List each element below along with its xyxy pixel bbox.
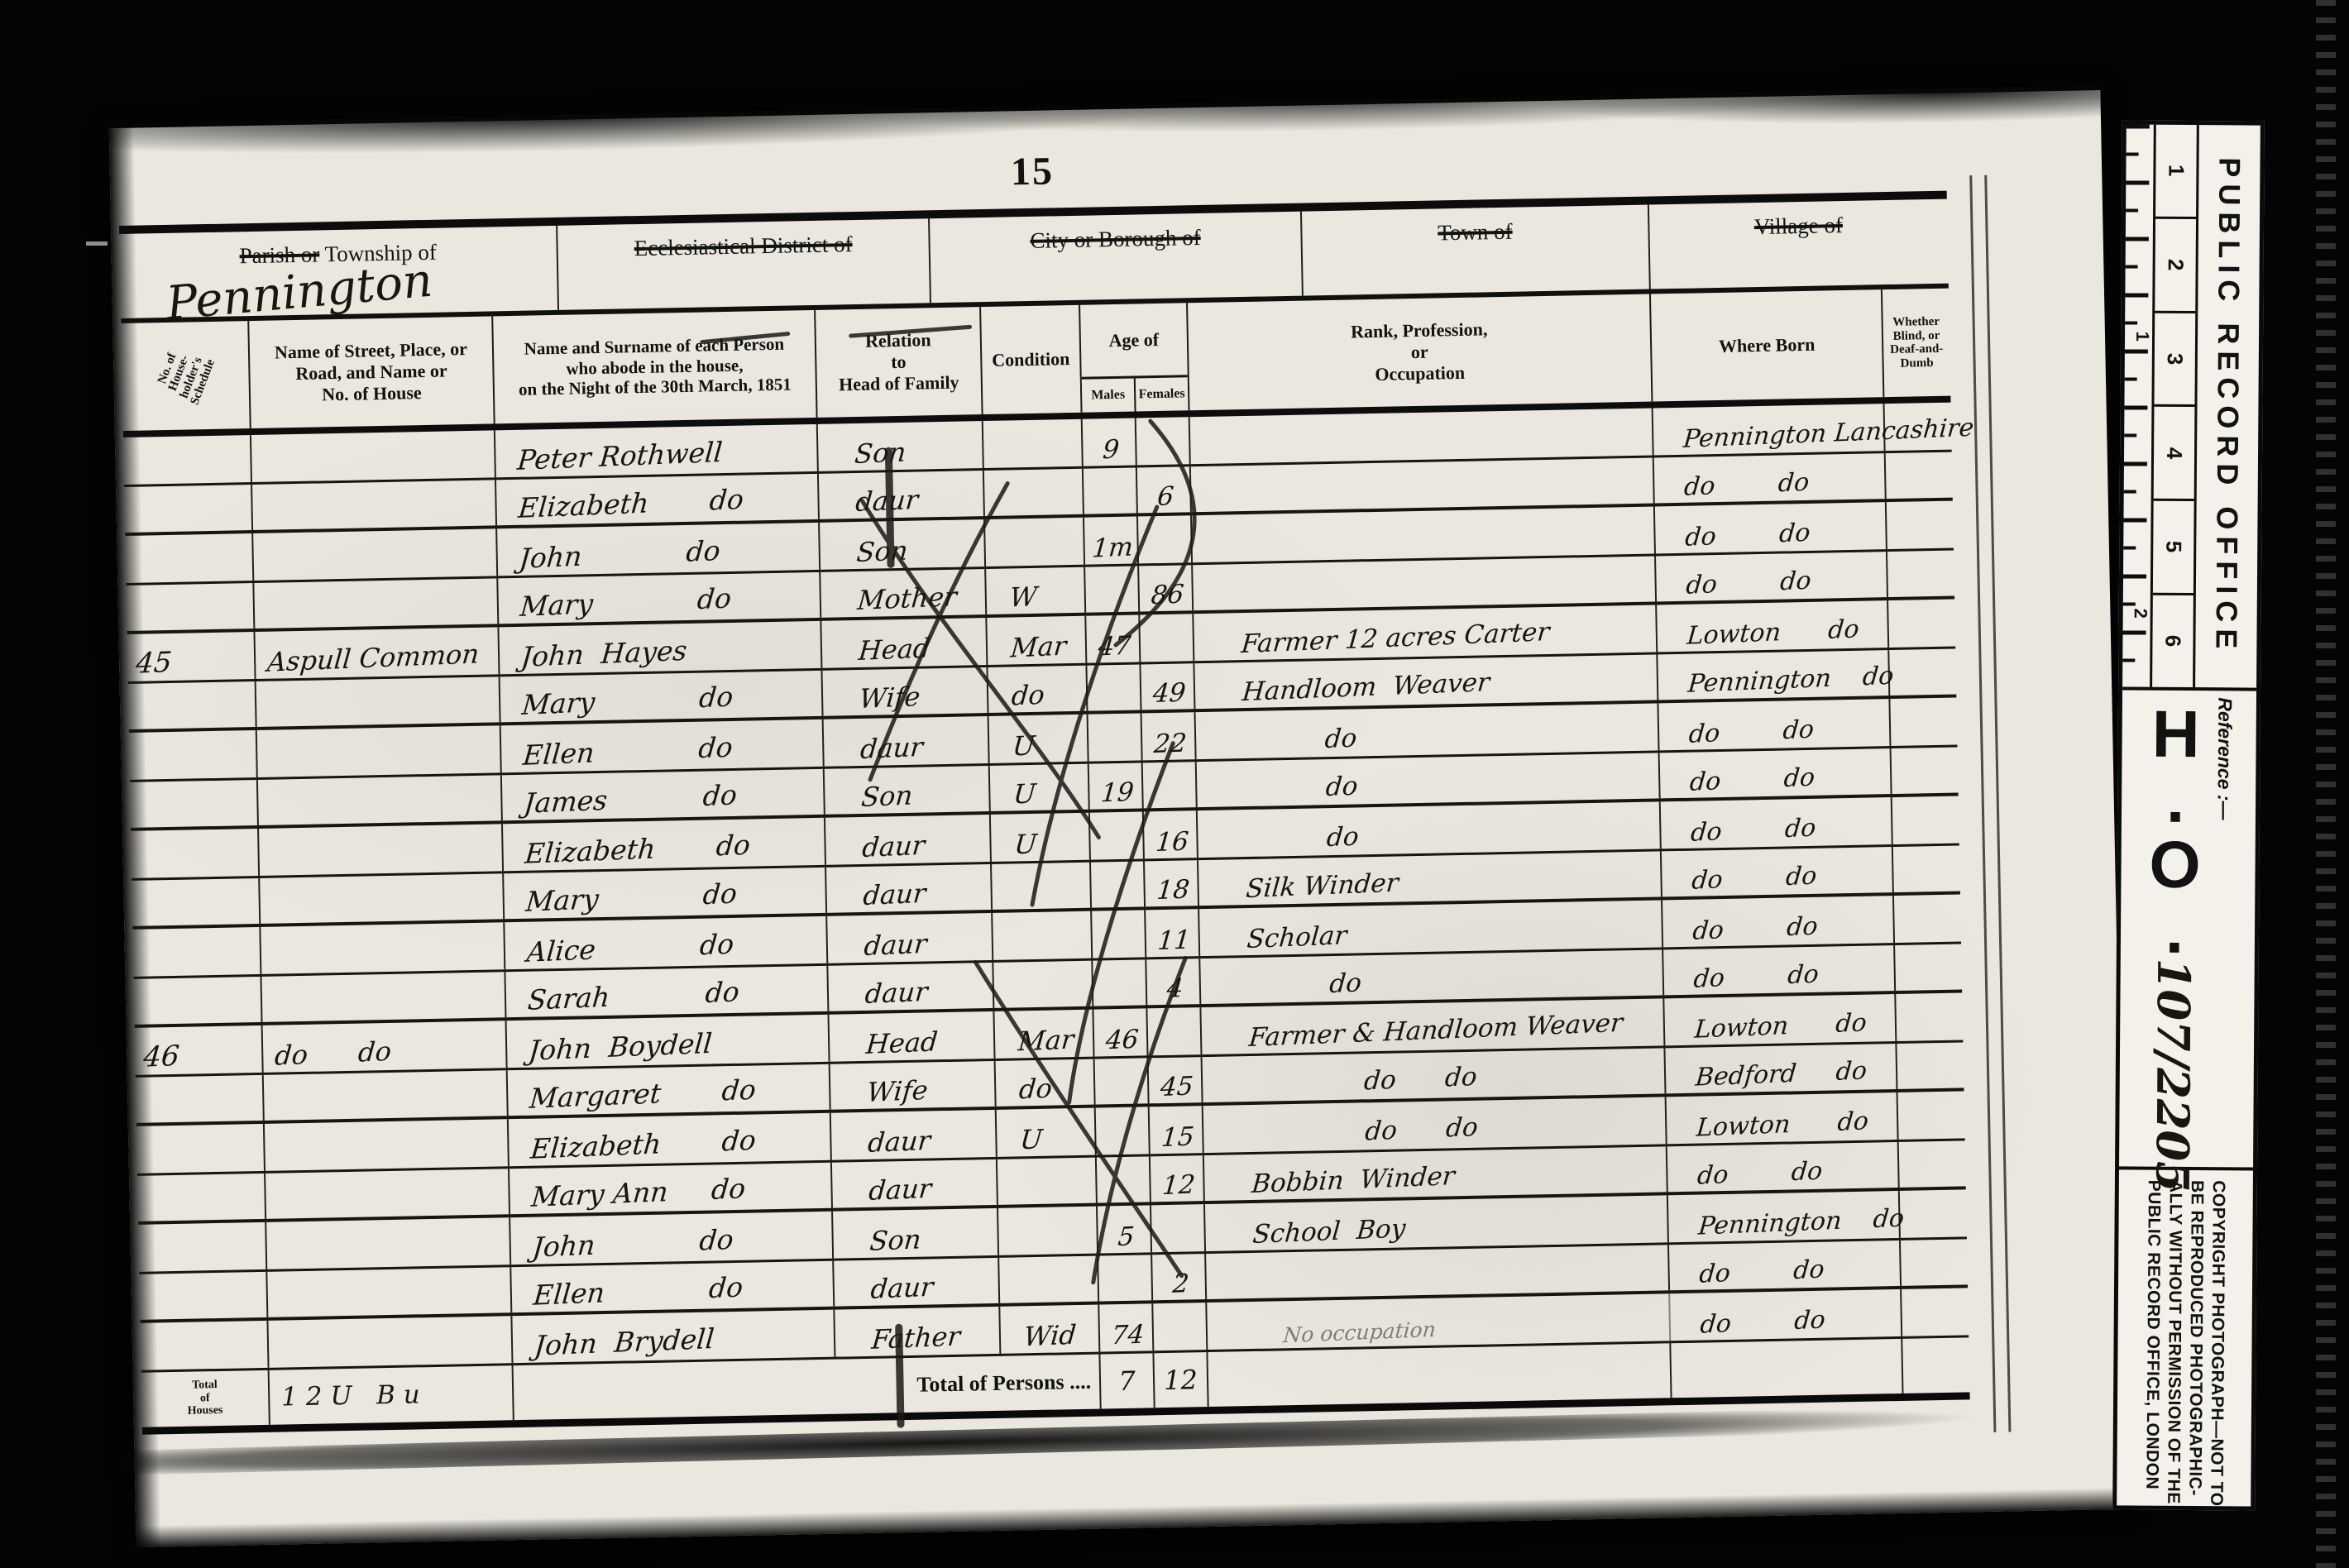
relation-to-head: Head xyxy=(821,618,988,667)
occupation: Bobbin Winder xyxy=(1204,1146,1668,1201)
occupation: do xyxy=(1200,949,1664,1004)
relation-to-head: daur xyxy=(824,716,990,766)
census-page: 15 Parish or Township of Pennington Eccl… xyxy=(109,90,2127,1547)
age-male xyxy=(1097,1156,1151,1203)
occupation: Farmer & Handloom Weaver xyxy=(1201,998,1665,1054)
col-header-females: Females xyxy=(1136,377,1189,411)
where-born: do do xyxy=(1661,797,1893,849)
where-born: do do xyxy=(1662,847,1894,897)
relation-to-head: daur xyxy=(834,1257,1000,1306)
relation-to-head: Mother xyxy=(820,569,987,618)
copyright-line: ALLY WITHOUT PERMISSION OF THE xyxy=(2162,1180,2186,1506)
age-subheaders: Males Females xyxy=(1082,377,1189,412)
age-female xyxy=(1143,762,1198,809)
age-female: 11 xyxy=(1146,909,1200,957)
schedule-number xyxy=(132,877,261,925)
schedule-number xyxy=(133,976,262,1024)
condition: Mar xyxy=(987,616,1087,665)
total-persons-label: Total of Persons .... xyxy=(514,1354,1102,1421)
person-name: Margaret do xyxy=(508,1064,831,1116)
condition xyxy=(993,911,1093,960)
village-field: Village of xyxy=(1649,199,1949,289)
relation-to-head: Wife xyxy=(822,667,988,715)
age-male xyxy=(1092,910,1146,958)
age-female: 22 xyxy=(1142,712,1197,760)
condition xyxy=(983,419,1084,468)
schedule-number xyxy=(123,435,252,484)
street-name xyxy=(260,873,505,924)
schedule-number xyxy=(136,1074,265,1122)
condition xyxy=(985,518,1085,566)
infirmity xyxy=(1897,1042,1964,1089)
age-male xyxy=(1093,959,1147,1006)
condition: U xyxy=(989,715,1089,763)
schedule-number xyxy=(137,1173,266,1221)
where-born: do do xyxy=(1660,748,1892,799)
census-rows: Peter Rothwell Son 9 Pennington Lancashi… xyxy=(123,403,1969,1373)
relation-to-head: daur xyxy=(825,815,992,864)
film-edge-texture xyxy=(2316,0,2336,1568)
person-name: James do xyxy=(502,768,825,820)
col-header-age: Age of Males Females xyxy=(1080,303,1189,412)
infirmity xyxy=(1887,501,1954,549)
condition xyxy=(999,1255,1099,1303)
totals-blank-occupation xyxy=(1208,1342,1672,1407)
occupation: Handloom Weaver xyxy=(1194,654,1658,709)
where-born: Lowton do xyxy=(1664,994,1897,1045)
person-name: Ellen do xyxy=(501,719,825,772)
town-field: Town of xyxy=(1302,205,1651,296)
reference-label: Reference :— xyxy=(2211,697,2237,1167)
age-male: 19 xyxy=(1089,762,1144,810)
city-borough-field: City or Borough of xyxy=(930,212,1304,304)
age-female: 16 xyxy=(1144,810,1198,858)
age-female: 4 xyxy=(1146,958,1201,1006)
age-male: 1m xyxy=(1084,516,1139,564)
where-born: do do xyxy=(1667,1141,1900,1192)
occupation: Scholar xyxy=(1199,900,1663,955)
occupation: do xyxy=(1196,703,1660,758)
age-male xyxy=(1096,1107,1151,1154)
person-name: John Hayes xyxy=(499,621,822,674)
street-name xyxy=(254,578,499,629)
age-female: 49 xyxy=(1141,663,1195,710)
age-female xyxy=(1136,417,1191,465)
age-male: 74 xyxy=(1099,1303,1154,1351)
infirmity xyxy=(1890,698,1957,746)
condition xyxy=(997,1157,1098,1205)
relation-to-head: daur xyxy=(832,1159,998,1207)
ruler-icon: 1 2 xyxy=(2122,124,2156,686)
street-name xyxy=(259,824,504,875)
person-name: Elizabeth do xyxy=(503,818,826,871)
age-male xyxy=(1095,1058,1150,1105)
age-male xyxy=(1098,1255,1153,1302)
where-born: do do xyxy=(1658,699,1891,750)
age-male xyxy=(1087,664,1141,711)
total-houses-label: Total of Houses xyxy=(141,1370,270,1427)
schedule-number xyxy=(131,829,260,877)
age-male: 47 xyxy=(1086,614,1141,662)
street-name xyxy=(261,972,506,1022)
where-born: do do xyxy=(1655,502,1887,553)
where-born: do do xyxy=(1656,552,1888,602)
street-name xyxy=(265,1119,510,1170)
age-male xyxy=(1090,811,1145,859)
age-female: 18 xyxy=(1145,860,1199,907)
person-name: John do xyxy=(510,1212,834,1264)
person-name: John do xyxy=(497,523,820,576)
relation-to-head: Son xyxy=(825,765,991,814)
condition xyxy=(998,1207,1098,1255)
age-female xyxy=(1151,1204,1206,1252)
age-male: 46 xyxy=(1093,1008,1148,1056)
person-name: Sarah do xyxy=(505,965,829,1017)
age-male: 5 xyxy=(1098,1205,1152,1253)
condition: do xyxy=(996,1059,1096,1107)
infirmity xyxy=(1889,648,1956,696)
schedule-number xyxy=(124,485,253,533)
totals-blank-born xyxy=(1671,1338,1903,1398)
person-name: John Boydell xyxy=(507,1015,830,1068)
col-header-street: Name of Street, Place, or Road, and Name… xyxy=(249,316,495,428)
infirmity xyxy=(1892,796,1959,844)
occupation: School Boy xyxy=(1205,1195,1669,1250)
stamp-scale-section: 1 2 1 2 3 4 5 6 PUBLIC RECORD OFF xyxy=(2122,124,2260,691)
occupation: do xyxy=(1198,801,1662,857)
scale-number-column: 1 2 3 4 5 6 xyxy=(2152,125,2199,687)
street-name xyxy=(266,1217,511,1269)
page-fold-line xyxy=(1969,175,1996,1432)
age-female xyxy=(1153,1303,1208,1350)
where-born: Lowton do xyxy=(1657,600,1889,652)
where-born: do do xyxy=(1669,1240,1902,1290)
infirmity xyxy=(1888,600,1955,648)
total-males: 7 xyxy=(1100,1352,1155,1408)
occupation: Silk Winder xyxy=(1198,851,1662,906)
age-male xyxy=(1088,713,1143,761)
schedule-number xyxy=(136,1124,266,1173)
age-female xyxy=(1138,515,1193,563)
street-name xyxy=(257,725,502,777)
scale-cell: 3 xyxy=(2154,313,2195,407)
infirmity xyxy=(1887,550,1954,597)
where-born: Bedford do xyxy=(1665,1043,1897,1093)
page-fold-line xyxy=(1984,175,2011,1432)
person-name: Elizabeth do xyxy=(496,473,820,525)
where-born: do do xyxy=(1654,453,1887,504)
ecclesiastical-district-field: Ecclesiastical District of xyxy=(557,218,931,310)
age-male xyxy=(1091,861,1146,908)
age-female xyxy=(1147,1007,1202,1055)
relation-to-head: Father xyxy=(835,1307,1001,1356)
occupation xyxy=(1190,408,1654,463)
relation-to-head: Head xyxy=(829,1011,995,1061)
schedule-number xyxy=(126,583,255,631)
relation-to-head: daur xyxy=(819,471,985,519)
condition: Wid xyxy=(1000,1305,1100,1354)
street-name xyxy=(268,1316,513,1367)
street-name xyxy=(266,1169,510,1219)
public-record-office-stamp: 1 2 1 2 3 4 5 6 PUBLIC RECORD OFF xyxy=(2112,120,2265,1510)
street-name xyxy=(252,480,497,530)
relation-to-head: Son xyxy=(833,1208,999,1258)
infirmity xyxy=(1895,944,1962,991)
person-name: Mary do xyxy=(498,571,821,624)
person-name: Alice do xyxy=(505,916,828,969)
condition xyxy=(992,862,1092,910)
age-female: 6 xyxy=(1137,466,1192,514)
schedule-number xyxy=(138,1222,267,1271)
where-born: do do xyxy=(1662,896,1895,947)
person-name: Elizabeth do xyxy=(509,1113,832,1166)
col-header-condition: Condition xyxy=(981,305,1082,414)
street-name: do do xyxy=(263,1021,508,1072)
col-header-males: Males xyxy=(1082,379,1136,413)
stamp-copyright-section: COPYRIGHT PHOTOGRAPH—NOT TO BE REPRODUCE… xyxy=(2117,1169,2253,1506)
street-name xyxy=(261,922,505,973)
schedule-number xyxy=(139,1271,268,1319)
age-male: 9 xyxy=(1083,418,1137,466)
relation-to-head: Son xyxy=(820,519,986,569)
relation-to-head: daur xyxy=(831,1110,997,1159)
age-female: 86 xyxy=(1139,565,1194,612)
schedule-number: 46 xyxy=(135,1025,264,1074)
condition: W xyxy=(986,566,1086,614)
parish-township-field: Parish or Township of Pennington xyxy=(119,226,559,318)
infirmity xyxy=(1886,452,1953,499)
relation-to-head: Son xyxy=(818,421,984,471)
where-born: Lowton do xyxy=(1667,1092,1899,1144)
col-header-infirmity: Whether Blind, or Deaf-and- Dumb xyxy=(1883,289,1950,398)
total-females: 12 xyxy=(1154,1351,1208,1408)
where-born: Pennington do xyxy=(1668,1191,1901,1242)
scale-cell: 5 xyxy=(2153,501,2194,595)
street-name: Aspull Common xyxy=(255,627,500,678)
street-name xyxy=(253,528,498,580)
infirmity xyxy=(1894,894,1961,942)
person-name: Peter Rothwell xyxy=(495,424,819,477)
person-name: Mary do xyxy=(504,867,827,919)
relation-to-head: daur xyxy=(827,913,993,963)
person-name: John Brydell xyxy=(512,1310,835,1363)
infirmity xyxy=(1902,1288,1969,1336)
condition: U xyxy=(990,763,1090,811)
age-male xyxy=(1085,566,1140,613)
schedule-number xyxy=(129,730,258,779)
condition: Mar xyxy=(994,1010,1094,1059)
occupation: do do xyxy=(1203,1097,1667,1152)
person-name: Mary do xyxy=(500,670,824,722)
condition: U xyxy=(997,1108,1097,1157)
schedule-number: 45 xyxy=(127,632,256,681)
occupation xyxy=(1192,506,1656,562)
street-name xyxy=(264,1070,509,1121)
schedule-number xyxy=(125,533,254,582)
copyright-line: PUBLIC RECORD OFFICE, LONDON xyxy=(2141,1179,2165,1505)
occupation: No occupation xyxy=(1207,1293,1671,1349)
infirmity xyxy=(1898,1091,1965,1139)
occupation: do xyxy=(1197,753,1661,807)
infirmity xyxy=(1896,992,1963,1040)
condition: U xyxy=(991,813,1091,862)
occupation xyxy=(1193,556,1657,610)
age-female: 45 xyxy=(1149,1057,1203,1104)
street-name xyxy=(251,430,496,481)
schedule-number xyxy=(130,779,259,827)
condition xyxy=(984,468,1084,516)
relation-to-head: daur xyxy=(828,962,994,1011)
infirmity xyxy=(1899,1140,1966,1188)
age-male xyxy=(1084,467,1138,514)
person-name: Mary Ann do xyxy=(510,1162,833,1214)
col-header-relation: Relation to Head of Family xyxy=(816,307,983,418)
age-female: 12 xyxy=(1151,1155,1205,1202)
scale-cell: 2 xyxy=(2155,219,2196,313)
where-born: do do xyxy=(1663,944,1896,995)
relation-to-head: Wife xyxy=(830,1060,997,1109)
condition: do xyxy=(988,665,1088,713)
infirmity xyxy=(1893,845,1960,892)
condition xyxy=(993,960,1093,1008)
infirmity xyxy=(1901,1239,1968,1286)
where-born: Pennington do xyxy=(1658,650,1890,700)
age-female: 2 xyxy=(1152,1254,1207,1301)
total-houses-value: 1 2 U B u xyxy=(270,1365,514,1425)
col-header-where-born: Where Born xyxy=(1651,289,1884,401)
age-female: 15 xyxy=(1150,1106,1204,1154)
reference-number: 107/2205 xyxy=(2146,958,2200,1192)
col-header-name: Name and Surname of each Person who abod… xyxy=(493,310,817,423)
schedule-number xyxy=(132,927,261,976)
infirmity xyxy=(1892,747,1959,794)
page-bottom-shadow xyxy=(136,1488,2127,1547)
schedule-number xyxy=(128,681,257,729)
copyright-line: BE REPRODUCED PHOTOGRAPHIC- xyxy=(2184,1180,2208,1506)
film-registration-mark xyxy=(86,241,108,246)
infirmity xyxy=(1900,1189,1967,1237)
reference-series: H.O. xyxy=(2137,696,2213,958)
occupation: Farmer 12 acres Carter xyxy=(1194,605,1658,660)
stamp-reference-section: Reference :— H.O.107/2205 xyxy=(2119,690,2256,1170)
occupation: do do xyxy=(1203,1048,1667,1102)
where-born: Pennington Lancashire xyxy=(1653,404,1886,455)
occupation xyxy=(1191,457,1655,512)
office-name: PUBLIC RECORD OFFICE xyxy=(2195,125,2260,687)
copyright-line: COPYRIGHT PHOTOGRAPH—NOT TO xyxy=(2205,1180,2229,1506)
totals-blank-infirmity xyxy=(1902,1336,1969,1394)
scale-cell: 1 xyxy=(2155,125,2197,219)
scale-cell: 6 xyxy=(2152,595,2194,687)
where-born: do do xyxy=(1670,1289,1902,1341)
street-name xyxy=(267,1267,512,1317)
scale-cell: 4 xyxy=(2154,407,2195,501)
schedule-number xyxy=(140,1321,269,1370)
age-female xyxy=(1140,614,1194,662)
col-header-occupation: Rank, Profession, or Occupation xyxy=(1188,294,1653,411)
relation-to-head: daur xyxy=(826,863,993,912)
street-name xyxy=(256,676,501,727)
street-name xyxy=(258,775,503,825)
person-name: Ellen do xyxy=(511,1260,835,1312)
occupation xyxy=(1206,1245,1670,1299)
copyright-notice: COPYRIGHT PHOTOGRAPH—NOT TO BE REPRODUCE… xyxy=(2141,1179,2229,1506)
col-header-schedule: No. of House- holder's Schedule xyxy=(121,321,251,431)
census-photograph: 15 Parish or Township of Pennington Eccl… xyxy=(0,0,2349,1568)
